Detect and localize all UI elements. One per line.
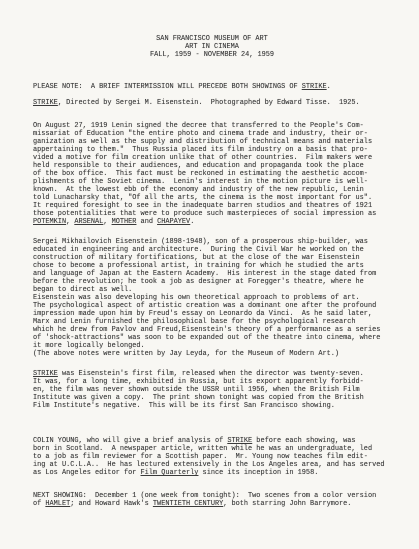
underlined-title-text: HAMLET <box>45 500 70 508</box>
body-text: . <box>327 83 331 91</box>
paragraph-eisenstein-bio: Sergei Mikhailovich Eisenstein (1898-194… <box>33 238 401 358</box>
underlined-title-text: CHAPAYEV <box>157 218 190 226</box>
paragraph-colin-young: COLIN YOUNG, who will give a brief analy… <box>33 437 401 477</box>
underlined-title-text: STRIKE <box>227 437 252 445</box>
series-name: ART IN CINEMA <box>33 43 391 51</box>
underlined-title-text: ARSENAL <box>74 218 103 226</box>
underlined-title-text: STRIKE <box>33 370 58 378</box>
underlined-title-text: STRIKE <box>33 99 58 107</box>
underlined-title-text: TWENTIETH CENTURY <box>153 500 223 508</box>
paragraph-strike-history: STRIKE was Eisenstein's first film, rele… <box>33 370 401 410</box>
body-text: . <box>190 218 194 226</box>
body-text: ; and Howard Hawk's <box>70 500 153 508</box>
body-text: PLEASE NOTE: A BRIEF INTERMISSION WILL P… <box>33 83 302 91</box>
body-text: , <box>103 218 111 226</box>
paragraph-lenin-decree: On August 27, 1919 Lenin signed the decr… <box>33 122 401 226</box>
underlined-title-text: POTEMKIN <box>33 218 66 226</box>
body-text: was Eisenstein's first film, released wh… <box>33 370 364 410</box>
body-text: , Directed by Sergei M. Eisenstein. Phot… <box>58 99 360 107</box>
film-credits: STRIKE, Directed by Sergei M. Eisenstein… <box>33 99 401 107</box>
program-note-page: SAN FRANCISCO MUSEUM OF ART ART IN CINEM… <box>0 0 419 549</box>
document-header: SAN FRANCISCO MUSEUM OF ART ART IN CINEM… <box>33 35 391 59</box>
body-text: On August 27, 1919 Lenin signed the decr… <box>33 122 376 218</box>
body-text: since its inception in 1958. <box>198 469 318 477</box>
body-text: and <box>136 218 157 226</box>
paragraph-next-showing: NEXT SHOWING: December 1 (one week from … <box>33 492 401 508</box>
body-text: COLIN YOUNG, who will give a brief analy… <box>33 437 227 445</box>
underlined-title-text: Film Quarterly <box>141 469 199 477</box>
body-text: Sergei Mikhailovich Eisenstein (1898-194… <box>33 238 380 358</box>
underlined-title-text: STRIKE <box>302 83 327 91</box>
underlined-title-text: MOTHER <box>112 218 137 226</box>
program-date: FALL, 1959 - NOVEMBER 24, 1959 <box>33 51 391 59</box>
body-text: , both starring John Barrymore. <box>223 500 351 508</box>
museum-name: SAN FRANCISCO MUSEUM OF ART <box>33 35 391 43</box>
intermission-notice: PLEASE NOTE: A BRIEF INTERMISSION WILL P… <box>33 83 401 91</box>
